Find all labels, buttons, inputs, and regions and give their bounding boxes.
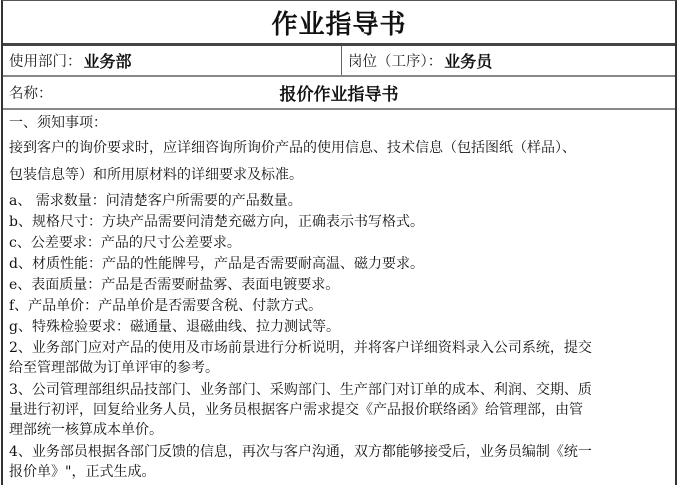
department-label: 使用部门：: [9, 50, 82, 71]
intro-line: 接到客户的询价要求时，应详细咨询所询价产品的使用信息、技术信息（包括图纸（样品）…: [9, 135, 669, 162]
document-name: 报价作业指导书: [3, 80, 675, 105]
department-value: 业务部: [84, 49, 132, 72]
requirement-item-d: d、材质性能：产品的性能牌号，产品是否需要耐高温、磁力要求。: [9, 254, 669, 275]
step-line: 给至管理部做为订单评审的参考。: [9, 358, 669, 378]
step-line: 4、业务部员根据各部门反馈的信息，再次与客户沟通，双方都能够接受后，业务员编制《…: [9, 442, 669, 462]
document-title-row: 作业指导书: [3, 1, 675, 46]
work-instruction-sheet: 作业指导书 使用部门： 业务部 岗位（工序）： 业务员 名称： 报价作业指导书 …: [1, 0, 677, 485]
position-cell: 岗位（工序）： 业务员: [342, 46, 675, 75]
step-2: 2、业务部门应对产品的使用及市场前景进行分析说明，并将客户详细资料录入公司系统，…: [9, 338, 669, 378]
section-heading: 一、须知事项：: [9, 111, 669, 135]
intro-line: 包装信息等）和所用原材料的详细要求及标准。: [9, 162, 669, 189]
step-line: 理部统一核算成本单价。: [9, 420, 669, 440]
step-line: 2、业务部门应对产品的使用及市场前景进行分析说明，并将客户详细资料录入公司系统，…: [9, 338, 669, 358]
department-cell: 使用部门： 业务部: [3, 46, 342, 75]
position-value: 业务员: [444, 49, 492, 72]
step-4: 4、业务部员根据各部门反馈的信息，再次与客户沟通，双方都能够接受后，业务员编制《…: [9, 442, 669, 482]
department-position-row: 使用部门： 业务部 岗位（工序）： 业务员: [3, 46, 675, 77]
step-line: 量进行初评，回复给业务人员，业务员根据客户需求提交《产品报价联络函》给管理部，由…: [9, 400, 669, 420]
step-line: 报价单》"，正式生成。: [9, 462, 669, 482]
requirement-item-e: e、表面质量：产品是否需要耐盐雾、表面电镀要求。: [9, 275, 669, 296]
requirement-item-f: f、产品单价：产品单价是否需要含税、付款方式。: [9, 296, 669, 317]
requirement-item-g: g、特殊检验要求：磁通量、退磁曲线、拉力测试等。: [9, 317, 669, 338]
document-name-row: 名称： 报价作业指导书: [3, 77, 675, 110]
step-3: 3、公司管理部组织品技部门、业务部门、采购部门、生产部门对订单的成本、利润、交期…: [9, 380, 669, 440]
position-label: 岗位（工序）：: [348, 50, 442, 71]
document-title: 作业指导书: [271, 4, 406, 41]
step-line: 3、公司管理部组织品技部门、业务部门、采购部门、生产部门对订单的成本、利润、交期…: [9, 380, 669, 400]
requirement-item-c: c、公差要求：产品的尺寸公差要求。: [9, 233, 669, 254]
requirement-item-b: b、规格尺寸：方块产品需要问清楚充磁方向，正确表示书写格式。: [9, 212, 669, 233]
document-body: 一、须知事项： 接到客户的询价要求时，应详细咨询所询价产品的使用信息、技术信息（…: [3, 110, 675, 482]
requirement-item-a: a、 需求数量：问清楚客户所需要的产品数量。: [9, 191, 669, 212]
